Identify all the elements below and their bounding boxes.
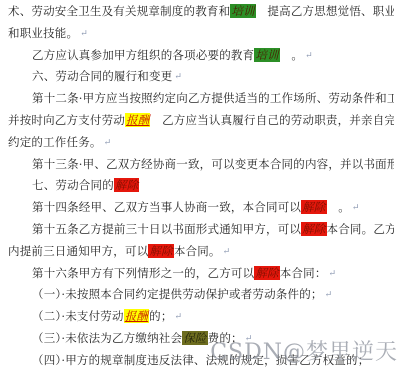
text-run: 第十三条·甲、乙双方经协商一致，可以变更本合同的内容，并以书面形式确定。 — [32, 157, 394, 171]
text-run: 第十四条经甲、乙双方当事人协商一致，本合同可以 — [32, 200, 301, 214]
text-run: 。 — [280, 48, 303, 62]
text-run: 费的； — [208, 331, 243, 345]
paragraph-end-mark: ↵ — [350, 203, 360, 213]
text-line: 第十六条甲方有下列情形之一的，乙方可以解除本合同：↵ — [8, 263, 394, 285]
text-run: 约定的工作任务。 — [8, 135, 102, 149]
text-line: 第十五条乙方提前三十日以书面形式通知甲方，可以解除本合同。乙方在试用期 — [8, 219, 394, 241]
text-run: 第十六条甲方有下列情形之一的，乙方可以 — [32, 266, 254, 280]
paragraph-end-mark: ↵ — [303, 51, 313, 61]
paragraph-end-mark: ↵ — [243, 334, 253, 344]
text-line: （四）·甲方的规章制度违反法律、法规的规定，损害乙方权益的； — [8, 350, 394, 372]
text-run: （三）·未依法为乙方缴纳社会 — [32, 331, 182, 345]
text-line: 七、劳动合同的解除 — [8, 175, 394, 197]
text-run: （四）·甲方的规章制度违反法律、法规的规定，损害乙方权益的； — [32, 353, 369, 367]
text-run: 内提前三日通知甲方，可以 — [8, 244, 148, 258]
text-run: 术、劳动安全卫生及有关规章制度的教育和 — [8, 4, 230, 18]
text-line: （一）·未按照本合同约定提供劳动保护或者劳动条件的；↵ — [8, 284, 394, 306]
text-line: 六、劳动合同的履行和变更↵ — [8, 66, 394, 88]
text-line: 并按时向乙方支付劳动报酬 乙方应当认真履行自己的劳动职责，并亲自完成本合同 — [8, 110, 394, 132]
tracked-change-term-yellow: 报酬 — [124, 309, 149, 323]
tracked-change-term-red: 解除 — [301, 200, 326, 214]
text-run: （二）·未支付劳动 — [32, 309, 124, 323]
paragraph-end-mark: ↵ — [102, 138, 112, 148]
tracked-change-term-red: 解除 — [301, 222, 326, 236]
text-line: 乙方应认真参加甲方组织的各项必要的教育培训 。↵ — [8, 45, 394, 67]
tracked-change-term-green: 培训 — [230, 4, 255, 18]
tracked-change-term-green: 培训 — [254, 48, 279, 62]
tracked-change-term-red: 解除 — [254, 266, 279, 280]
text-run: 乙方应当认真履行自己的劳动职责，并亲自完成本合同 — [150, 113, 394, 127]
document-page: 术、劳动安全卫生及有关规章制度的教育和培训 提高乙方思想觉悟、职业道德水准和职业… — [8, 1, 394, 372]
text-run: 七、劳动合同的 — [32, 178, 114, 192]
paragraph-end-mark: ↵ — [327, 269, 337, 279]
text-line: 第十四条经甲、乙双方当事人协商一致，本合同可以解除 。↵ — [8, 197, 394, 219]
text-run: 。 — [327, 200, 350, 214]
text-run: （一）·未按照本合同约定提供劳动保护或者劳动条件的； — [32, 287, 323, 301]
text-run: 第十二条·甲方应当按照约定向乙方提供适当的工作场所、劳动条件和工作岗位， — [32, 91, 394, 105]
text-line: 第十三条·甲、乙双方经协商一致，可以变更本合同的内容，并以书面形式确定。↵ — [8, 154, 394, 176]
text-run: 提高乙方思想觉悟、职业道德水准 — [256, 4, 394, 18]
text-run: 本合同： — [280, 266, 327, 280]
text-run: 第十五条乙方提前三十日以书面形式通知甲方，可以 — [32, 222, 301, 236]
text-line: 约定的工作任务。↵ — [8, 132, 394, 154]
text-run: 本合同。乙方在试用期 — [327, 222, 394, 236]
text-line: 和职业技能。↵ — [8, 23, 394, 45]
text-run: 的； — [149, 309, 172, 323]
tracked-change-term-olive: 保险 — [182, 331, 207, 345]
text-line: 内提前三日通知甲方，可以解除本合同。↵ — [8, 241, 394, 263]
paragraph-end-mark: ↵ — [323, 290, 333, 300]
text-line: （二）·未支付劳动报酬的；↵ — [8, 306, 394, 328]
text-run: 和职业技能。 — [8, 26, 78, 40]
paragraph-end-mark: ↵ — [78, 29, 88, 39]
text-run: 并按时向乙方支付劳动 — [8, 113, 125, 127]
tracked-change-term-yellow: 报酬 — [125, 113, 150, 127]
paragraph-end-mark: ↵ — [221, 247, 231, 257]
text-run: 六、劳动合同的履行和变更 — [32, 69, 172, 83]
paragraph-end-mark: ↵ — [172, 72, 182, 82]
text-line: （三）·未依法为乙方缴纳社会保险费的；↵ — [8, 328, 394, 350]
tracked-change-term-red: 解除 — [148, 244, 173, 258]
text-line: 第十二条·甲方应当按照约定向乙方提供适当的工作场所、劳动条件和工作岗位， — [8, 88, 394, 110]
tracked-change-term-red: 解除 — [114, 178, 139, 192]
text-run: 本合同。 — [174, 244, 221, 258]
text-line: 术、劳动安全卫生及有关规章制度的教育和培训 提高乙方思想觉悟、职业道德水准 — [8, 1, 394, 23]
text-run: 乙方应认真参加甲方组织的各项必要的教育 — [32, 48, 254, 62]
paragraph-end-mark: ↵ — [173, 312, 183, 322]
